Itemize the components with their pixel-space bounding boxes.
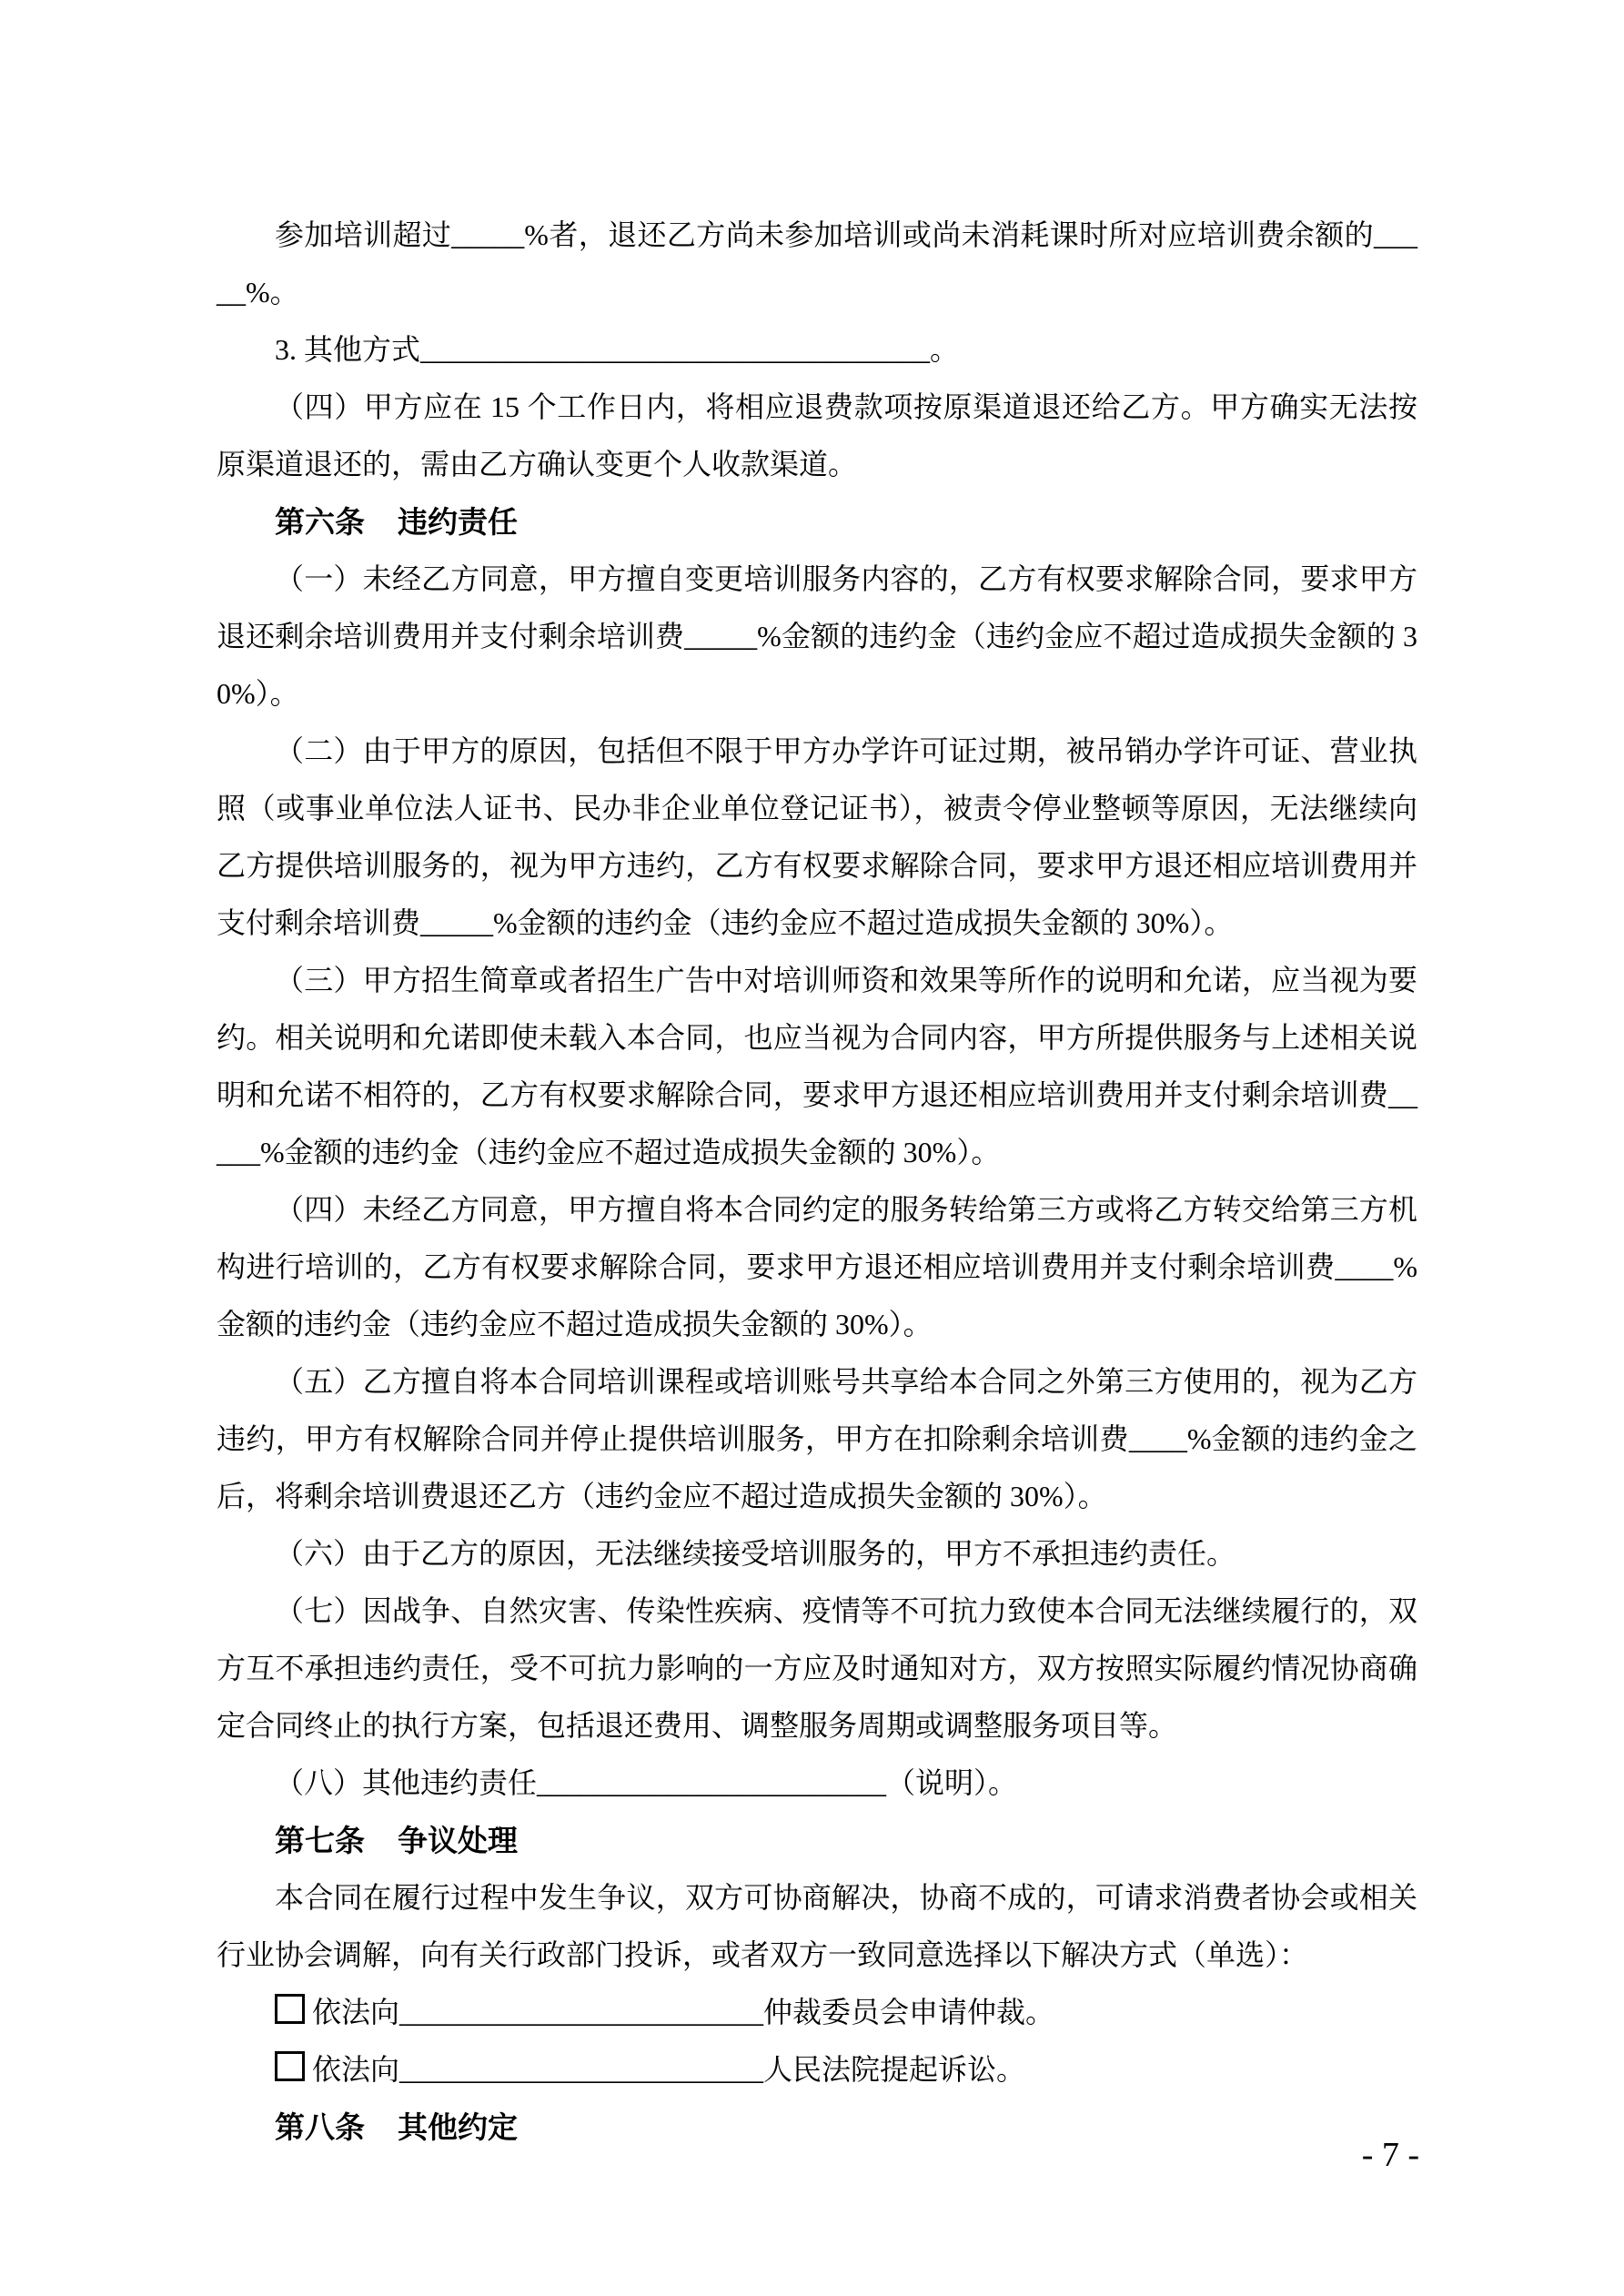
page-number: - 7 - <box>1362 2127 1419 2184</box>
option-text: 依法向 <box>312 2053 399 2086</box>
option-text: 依法向 <box>312 1996 399 2028</box>
option-text: 人民法院提起诉讼。 <box>763 2053 1025 2086</box>
contract-paragraph: （六）由于乙方的原因，无法继续接受培训服务的，甲方不承担违约责任。 <box>217 1525 1417 1583</box>
contract-paragraph: （五）乙方擅自将本合同培训课程或培训账号共享给本合同之外第三方使用的，视为乙方违… <box>217 1353 1417 1525</box>
contract-paragraph: （三）甲方招生简章或者招生广告中对培训师资和效果等所作的说明和允诺，应当视为要约… <box>217 952 1417 1181</box>
empty-checkbox-icon[interactable] <box>275 2051 305 2081</box>
checkbox-option-court: 依法向_________________________人民法院提起诉讼。 <box>217 2041 1417 2099</box>
section-number: 第七条 <box>275 1824 365 1857</box>
checkbox-option-arbitration: 依法向_________________________仲裁委员会申请仲裁。 <box>217 1984 1417 2041</box>
contract-paragraph: 本合同在履行过程中发生争议，双方可协商解决，协商不成的，可请求消费者协会或相关行… <box>217 1869 1417 1984</box>
blank-underline[interactable]: _________________________ <box>399 1996 763 2028</box>
section-number: 第六条 <box>275 505 365 539</box>
section-title: 其他约定 <box>398 2110 518 2144</box>
option-text: 仲裁委员会申请仲裁。 <box>763 1996 1054 2028</box>
section-heading-article6: 第六条违约责任 <box>217 493 1417 551</box>
contract-paragraph: （四）甲方应在 15 个工作日内，将相应退费款项按原渠道退还给乙方。甲方确实无法… <box>217 379 1417 493</box>
section-heading-article8: 第八条其他约定 <box>217 2099 1417 2156</box>
blank-underline[interactable]: _________________________ <box>399 2053 763 2086</box>
contract-paragraph: 3. 其他方式_________________________________… <box>217 321 1417 379</box>
section-heading-article7: 第七条争议处理 <box>217 1812 1417 1869</box>
contract-paragraph: 参加培训超过_____%者，退还乙方尚未参加培训或尚未消耗课时所对应培训费余额的… <box>217 207 1417 321</box>
contract-paragraph: （一）未经乙方同意，甲方擅自变更培训服务内容的，乙方有权要求解除合同，要求甲方退… <box>217 551 1417 723</box>
contract-paragraph: （八）其他违约责任________________________（说明）。 <box>217 1755 1417 1812</box>
section-number: 第八条 <box>275 2110 365 2144</box>
contract-paragraph: （七）因战争、自然灾害、传染性疾病、疫情等不可抗力致使本合同无法继续履行的，双方… <box>217 1583 1417 1755</box>
contract-document-page: 参加培训超过_____%者，退还乙方尚未参加培训或尚未消耗课时所对应培训费余额的… <box>0 0 1624 2296</box>
section-title: 争议处理 <box>398 1824 518 1857</box>
empty-checkbox-icon[interactable] <box>275 1994 305 2024</box>
page-content: 参加培训超过_____%者，退还乙方尚未参加培训或尚未消耗课时所对应培训费余额的… <box>217 207 1417 2156</box>
contract-paragraph: （四）未经乙方同意，甲方擅自将本合同约定的服务转给第三方或将乙方转交给第三方机构… <box>217 1181 1417 1353</box>
contract-paragraph: （二）由于甲方的原因，包括但不限于甲方办学许可证过期，被吊销办学许可证、营业执照… <box>217 723 1417 952</box>
section-title: 违约责任 <box>398 505 518 539</box>
